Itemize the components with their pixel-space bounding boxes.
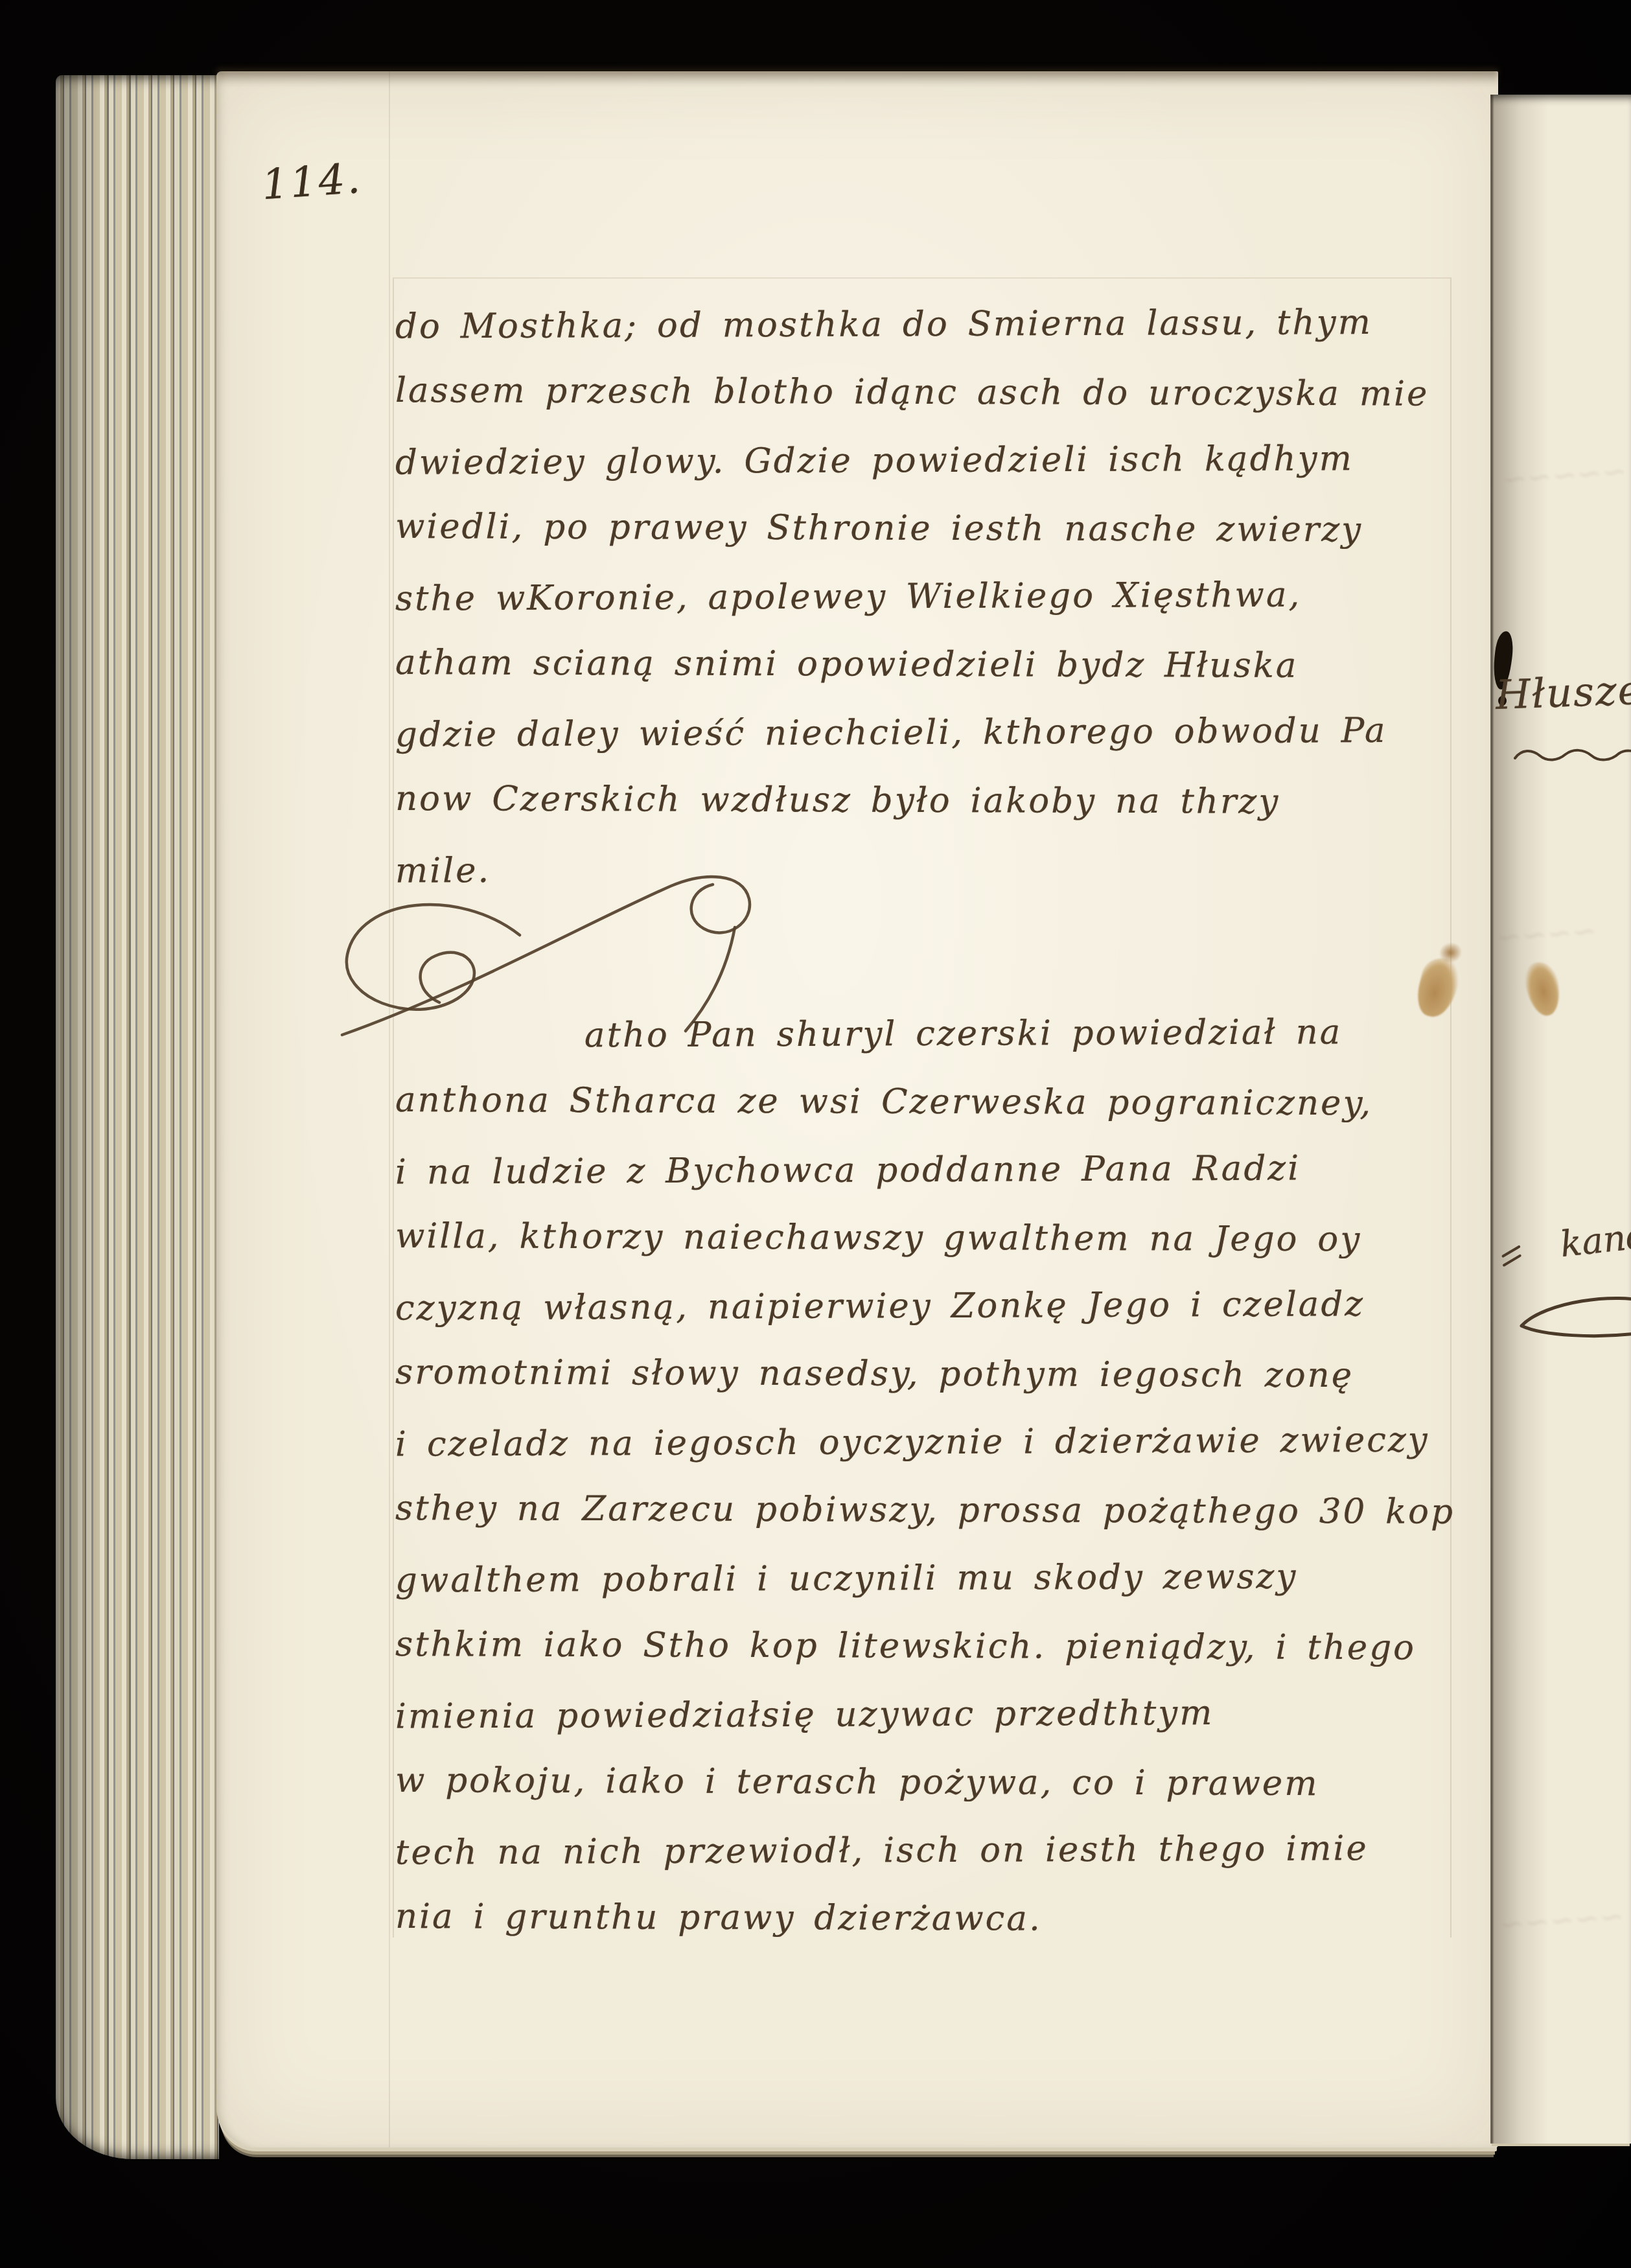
manuscript-scan: { "page_left": { "page_number": "114.", …	[0, 0, 1631, 2268]
loop-flourish	[1516, 1291, 1631, 1345]
initial-n-flourish	[305, 865, 778, 1047]
note-fragment: kand	[1558, 1214, 1631, 1265]
manuscript-line: now Czerskich wzdłusz było iakoby na thr…	[395, 765, 1471, 837]
page-crease	[389, 71, 390, 2147]
heading-fragment: Hłusze	[1495, 666, 1631, 719]
manuscript-line: atham scianą snimi opowiedzieli bydz Hłu…	[395, 629, 1471, 700]
manuscript-line: i czeladz na iegosch oyczyznie i dzierża…	[395, 1406, 1471, 1478]
left-page: 114. do Mosthka; od mosthka do Smierna l…	[216, 71, 1498, 2147]
manuscript-line: gdzie daley wieść niechcieli, kthorego o…	[395, 696, 1471, 769]
manuscript-line: dwiedziey glowy. Gdzie powiedzieli isch …	[395, 424, 1471, 496]
manuscript-line: tech na nich przewiodł, isch on iesth th…	[395, 1814, 1471, 1886]
manuscript-text-block: do Mosthka; od mosthka do Smierna lassu,…	[395, 290, 1471, 1952]
manuscript-line: sthey na Zarzecu pobiwszy, prossa pożąth…	[395, 1474, 1471, 1546]
right-page: Hłusze kand ~~~~~ ~~~~ ~~~~~	[1490, 95, 1631, 2144]
manuscript-line: do Mosthka; od mosthka do Smierna lassu,…	[395, 288, 1471, 360]
paragraph-1: do Mosthka; od mosthka do Smierna lassu,…	[395, 290, 1471, 903]
manuscript-line: wiedli, po prawey Sthronie iesth nasche …	[395, 492, 1471, 564]
double-hyphen-mark-icon	[1499, 1237, 1525, 1268]
manuscript-line: willa, kthorzy naiechawszy gwalthem na J…	[395, 1202, 1471, 1274]
page-edge-stack	[56, 75, 219, 2159]
manuscript-line: lassem przesch blotho idąnc asch do uroc…	[395, 356, 1471, 428]
note-fragment-row: kand	[1498, 1214, 1631, 1271]
underline-squiggle	[1512, 745, 1631, 767]
manuscript-line: imienia powiedziałsię uzywac przedthtym	[395, 1678, 1471, 1750]
manuscript-line: w pokoju, iako i terasch pożywa, co i pr…	[395, 1746, 1471, 1818]
show-through-ghost: ~~~~~	[1501, 453, 1628, 496]
manuscript-line: nia i grunthu prawy dzierżawca.	[395, 1882, 1471, 1954]
manuscript-line: i na ludzie z Bychowca poddanne Pana Rad…	[395, 1133, 1471, 1206]
manuscript-line: sthe wKoronie, apolewey Wielkiego Xięsth…	[395, 560, 1471, 632]
manuscript-line: gwalthem pobrali i uczynili mu skody zew…	[395, 1542, 1471, 1614]
gutter-fold-line	[1490, 95, 1493, 2144]
manuscript-line: czyzną własną, naipierwiey Zonkę Jego i …	[395, 1269, 1471, 1342]
show-through-ghost: ~~~~~	[1498, 1898, 1625, 1941]
gutter-stain-right	[1521, 959, 1564, 1019]
page-number: 114.	[260, 155, 364, 210]
manuscript-line: anthona Stharca ze wsi Czerweska pograni…	[395, 1066, 1471, 1138]
paragraph-2: atho Pan shuryl czerski powiedział naant…	[395, 1000, 1471, 1952]
manuscript-line: sthkim iako Stho kop litewskich. pieniąd…	[395, 1610, 1471, 1682]
show-through-ghost: ~~~~	[1496, 913, 1598, 955]
manuscript-line: sromotnimi słowy nasedsy, pothym iegosch…	[395, 1338, 1471, 1410]
